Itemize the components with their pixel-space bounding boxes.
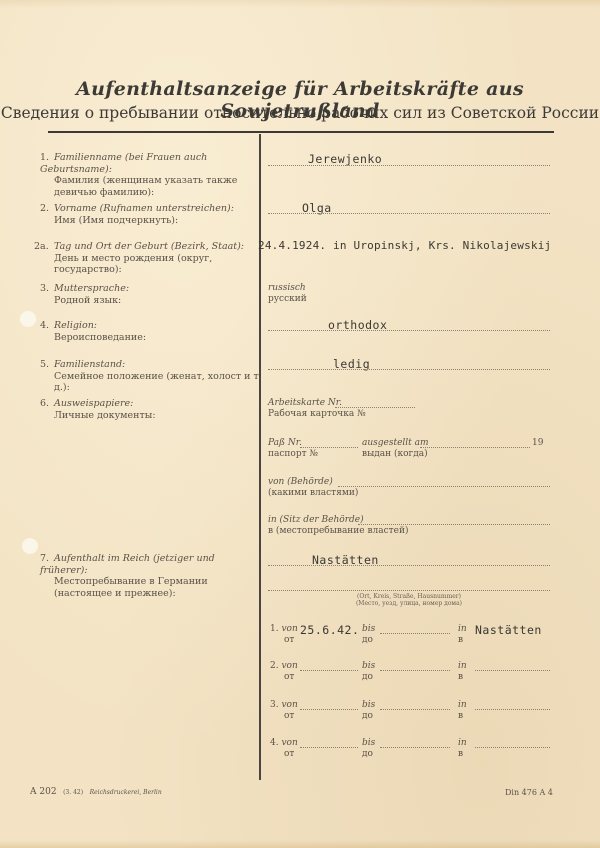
work-card-line <box>335 407 415 408</box>
stay-row-4: 4. von от <box>270 738 298 760</box>
field-6-label: 6.Ausweispapiere: Личные документы: <box>40 398 255 421</box>
passport-label: Paß Nr. паспорт № <box>268 438 318 460</box>
field-7-label: 7.Aufenthalt im Reich (jetziger und früh… <box>40 553 255 599</box>
stay-3-in-label: inв <box>458 700 467 722</box>
stay-1-until-line <box>380 633 450 634</box>
religion-line <box>268 330 550 331</box>
column-divider <box>259 134 261 780</box>
residence-line-2 <box>268 590 550 591</box>
stay-2-in-label: inв <box>458 661 467 683</box>
field-5-label: 5.Familienstand: Семейное положение (жен… <box>40 359 265 394</box>
stay-4-place-line <box>475 747 550 748</box>
stay-3-place-line <box>475 709 550 710</box>
birth-date-place-value: 24.4.1924. in Uropinskj, Krs. Nikolajews… <box>258 239 551 252</box>
stay-row-1: 1. von от <box>270 624 298 646</box>
field-1-label: 1.Familienname (bei Frauen auch Geburtsn… <box>40 152 255 198</box>
stay-4-from-line <box>300 747 358 748</box>
issued-label: ausgestellt am выдан (когда) <box>362 438 429 460</box>
stay-1-until-label: bisдо <box>362 624 375 646</box>
stays-table: 1. von от 25.6.42. bisдо inв Nastätten 2… <box>270 624 555 764</box>
stay-1-from-value: 25.6.42. <box>300 623 359 637</box>
form-footer-left: A 202 (3. 42) Reichsdruckerei, Berlin <box>30 787 162 797</box>
stay-4-until-line <box>380 747 450 748</box>
authority-label: von (Behörde) (какими властями) <box>268 477 358 499</box>
issued-line <box>420 447 530 448</box>
stay-2-until-label: bisдо <box>362 661 375 683</box>
authority-line <box>338 486 550 487</box>
document-page: Aufenthaltsanzeige für Arbeitskräfte aus… <box>0 0 600 848</box>
stay-4-in-label: inв <box>458 738 467 760</box>
paper-hole <box>20 311 36 327</box>
stay-1-in-label: inв <box>458 624 467 646</box>
passport-line <box>300 447 358 448</box>
field-2-label: 2.Vorname (Rufnamen unterstreichen): Имя… <box>40 203 255 226</box>
stay-row-3: 3. von от <box>270 700 298 722</box>
stay-3-until-label: bisдо <box>362 700 375 722</box>
authority-seat-label: in (Sitz der Behörde) в (местопребывание… <box>268 515 409 537</box>
stay-4-until-label: bisдо <box>362 738 375 760</box>
stay-1-place-value: Nastätten <box>475 623 542 637</box>
paper-format-label: Din 476 A 4 <box>505 788 553 797</box>
address-hint: (Ort, Kreis, Straße, Hausnummer) (Место,… <box>268 593 550 607</box>
stay-2-from-line <box>300 670 358 671</box>
field-2a-label: 2a.Tag und Ort der Geburt (Bezirk, Staat… <box>34 241 259 276</box>
header-rule <box>48 131 554 133</box>
surname-line <box>268 165 550 166</box>
stay-3-until-line <box>380 709 450 710</box>
authority-seat-line <box>358 524 550 525</box>
first-name-line <box>268 213 550 214</box>
title-russian: Сведения о пребывании относительно рабоч… <box>0 104 600 122</box>
field-3-label: 3.Muttersprache: Родной язык: <box>40 283 255 306</box>
residence-line-1 <box>268 565 550 566</box>
stay-2-place-line <box>475 670 550 671</box>
stay-2-until-line <box>380 670 450 671</box>
mother-tongue-value: russisch русский <box>268 283 307 305</box>
issued-year-prefix: 19 <box>532 438 543 449</box>
work-card-label: Arbeitskarte Nr. Рабочая карточка № <box>268 398 366 420</box>
stay-3-from-line <box>300 709 358 710</box>
field-4-label: 4.Religion: Вероисповедание: <box>40 320 255 343</box>
stay-row-2: 2. von от <box>270 661 298 683</box>
paper-hole <box>22 538 38 554</box>
marital-status-line <box>268 369 550 370</box>
surname-value: Jerewjenko <box>308 152 382 166</box>
